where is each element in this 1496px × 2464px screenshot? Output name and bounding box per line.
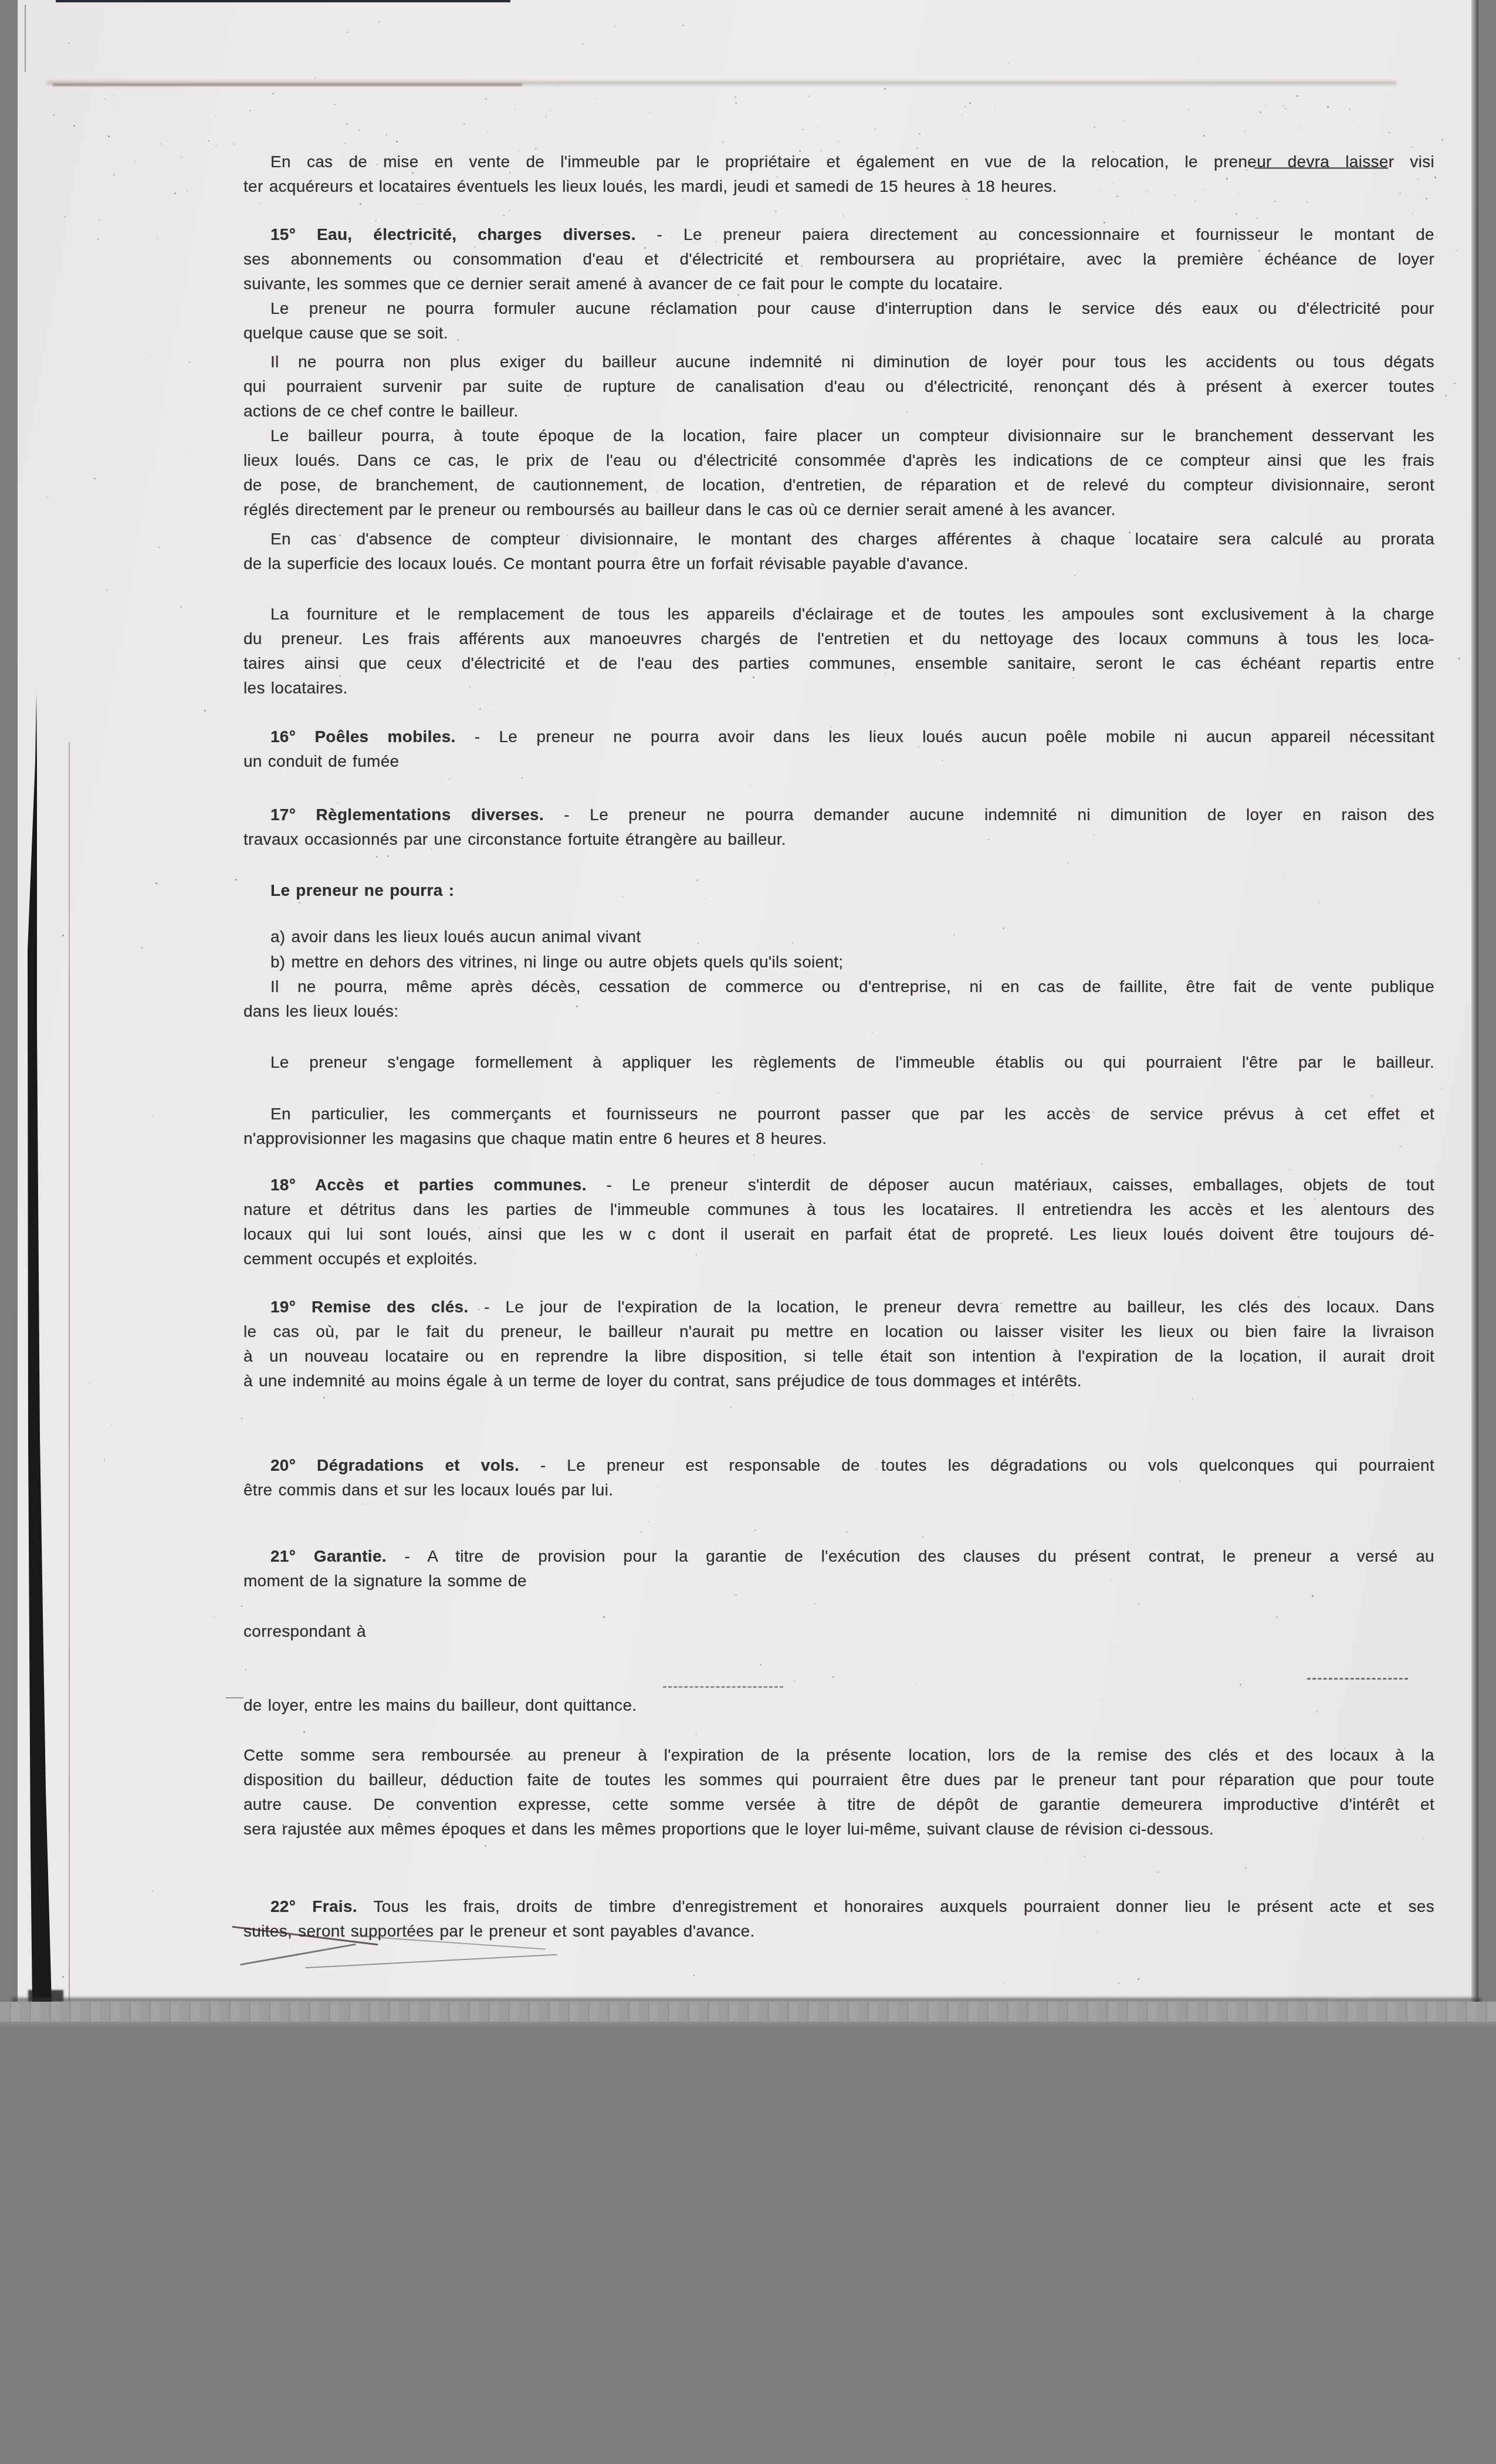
scan-noise-speck	[152, 1890, 153, 1891]
scan-noise-speck	[272, 93, 274, 94]
scan-noise-speck	[669, 1862, 669, 1863]
scan-noise-speck	[622, 1316, 623, 1317]
scan-noise-speck	[419, 1353, 420, 1355]
scan-noise-speck	[515, 38, 516, 38]
scan-noise-speck	[522, 777, 523, 779]
paragraph-clause-22: 22° Frais. Tous les frais, droits de tim…	[243, 1894, 1434, 1944]
paragraph-vente-publique: Il ne pourra, même après décès, cessatio…	[243, 974, 1434, 1024]
scan-noise-speck	[1237, 241, 1239, 242]
scan-noise-speck	[360, 203, 361, 205]
blank-correspondant-a: correspondant à	[243, 1619, 1434, 1644]
scan-noise-speck	[214, 1616, 215, 1617]
scan-noise-speck	[141, 947, 143, 949]
scan-noise-speck	[347, 32, 348, 33]
scan-noise-speck	[689, 229, 691, 231]
scan-noise-speck	[611, 1764, 612, 1765]
scan-noise-speck	[480, 205, 481, 205]
scan-noise-speck	[961, 114, 963, 116]
scan-noise-speck	[89, 1382, 90, 1383]
scan-noise-speck	[179, 235, 180, 236]
scan-noise-speck	[918, 746, 919, 748]
scan-noise-speck	[1138, 1603, 1140, 1605]
scan-noise-speck	[1099, 189, 1100, 190]
scan-noise-speck	[1106, 627, 1107, 627]
scan-noise-speck	[299, 185, 300, 187]
scan-noise-speck	[1454, 383, 1456, 384]
scan-noise-speck	[842, 215, 844, 216]
scan-noise-speck	[377, 164, 378, 165]
scan-noise-speck	[62, 1976, 64, 1978]
scan-noise-speck	[1399, 192, 1401, 194]
scan-noise-speck	[396, 141, 398, 143]
scan-noise-speck	[485, 1845, 486, 1847]
paragraph-compteur-divisionnaire: Le bailleur pourra, à toute époque de la…	[243, 424, 1434, 522]
scan-noise-speck	[603, 1616, 605, 1618]
scan-noise-speck	[108, 136, 110, 137]
scan-noise-speck	[735, 96, 736, 98]
scan-noise-speck	[799, 150, 801, 152]
scan-noise-speck	[65, 216, 66, 218]
scan-noise-speck	[399, 166, 400, 167]
scanner-bed-band	[0, 2002, 1496, 2022]
scan-noise-speck	[1034, 356, 1035, 357]
scan-noise-speck	[314, 77, 316, 79]
scan-noise-speck	[337, 1311, 339, 1312]
scan-noise-speck	[596, 99, 597, 100]
scan-noise-speck	[1204, 189, 1206, 190]
scan-noise-speck	[1126, 217, 1126, 218]
paragraph-intro-relocation: En cas de mise en vente de l'immeuble pa…	[243, 150, 1434, 199]
scan-noise-speck	[802, 129, 803, 130]
scan-noise-speck	[241, 1606, 242, 1607]
scan-noise-speck	[650, 1397, 651, 1397]
scan-noise-speck	[386, 134, 387, 136]
scan-black-streak	[18, 0, 55, 2002]
scan-noise-speck	[68, 42, 70, 44]
scan-noise-speck	[1125, 199, 1126, 199]
scan-noise-speck	[1079, 1067, 1080, 1068]
scan-noise-speck	[987, 243, 988, 245]
paragraph-clause-16: 16° Poêles mobiles. - Le preneur ne pour…	[243, 725, 1434, 774]
scan-noise-speck	[639, 1955, 640, 1955]
scan-noise-speck	[111, 1424, 113, 1426]
scan-noise-speck	[841, 178, 842, 180]
scan-noise-speck	[693, 1975, 695, 1976]
scan-noise-speck	[730, 1406, 732, 1408]
scan-noise-speck	[150, 356, 151, 357]
scan-noise-speck	[376, 480, 378, 482]
scan-noise-speck	[1458, 658, 1460, 659]
scan-noise-speck	[509, 172, 510, 173]
scan-noise-speck	[604, 125, 605, 126]
scan-noise-speck	[344, 1255, 346, 1257]
page-crease-line	[69, 742, 70, 2002]
scan-noise-speck	[1152, 258, 1153, 259]
scan-noise-speck	[929, 1835, 930, 1836]
scan-noise-speck	[1104, 222, 1105, 224]
scan-noise-speck	[952, 439, 953, 441]
scan-noise-speck	[543, 87, 544, 87]
scan-noise-speck	[1327, 106, 1329, 108]
scan-noise-speck	[1003, 1982, 1004, 1984]
scan-noise-speck	[1264, 163, 1265, 164]
scan-noise-speck	[375, 220, 376, 221]
scan-noise-speck	[575, 994, 576, 996]
scan-noise-speck	[794, 1680, 796, 1682]
scan-noise-speck	[449, 779, 450, 780]
scan-noise-speck	[104, 1459, 105, 1460]
scan-noise-speck	[682, 25, 684, 26]
dotted-fill-line-right	[1307, 1678, 1408, 1680]
scan-noise-speck	[591, 213, 592, 214]
scan-noise-speck	[135, 161, 136, 163]
scan-noise-speck	[876, 1468, 877, 1470]
scan-noise-speck	[994, 109, 996, 110]
scan-noise-speck	[1245, 1867, 1247, 1869]
scan-noise-speck	[1426, 198, 1427, 199]
scan-noise-speck	[259, 203, 260, 204]
scan-noise-speck	[1456, 250, 1457, 251]
scan-noise-speck	[1411, 147, 1412, 148]
scan-noise-speck	[725, 143, 725, 143]
scan-horizontal-smudge-dark	[53, 83, 522, 86]
scan-noise-speck	[875, 128, 876, 130]
scan-noise-speck	[1203, 135, 1205, 137]
scan-noise-speck	[735, 102, 737, 104]
scan-noise-speck	[518, 150, 519, 151]
scan-noise-speck	[1008, 63, 1009, 64]
scan-noise-speck	[378, 21, 380, 23]
scan-noise-speck	[31, 1599, 32, 1600]
scan-noise-speck	[505, 1047, 506, 1047]
pen-scribble-mark	[240, 1944, 356, 1966]
scan-noise-speck	[735, 1594, 737, 1596]
scan-noise-speck	[358, 130, 360, 131]
scan-noise-speck	[1185, 1689, 1186, 1690]
scan-noise-speck	[111, 413, 111, 414]
scan-noise-speck	[1228, 237, 1230, 239]
scan-noise-speck	[1254, 1362, 1255, 1364]
scan-noise-speck	[463, 124, 465, 125]
scan-noise-speck	[1084, 1856, 1085, 1857]
scan-noise-speck	[303, 1731, 305, 1733]
scan-noise-speck	[817, 127, 817, 128]
scan-noise-speck	[362, 1504, 363, 1505]
scan-noise-speck	[852, 1552, 854, 1553]
paragraph-absence-compteur: En cas d'absence de compteur divisionnai…	[243, 527, 1434, 576]
scan-noise-speck	[775, 211, 777, 212]
scan-noise-speck	[671, 237, 672, 238]
scan-noise-speck	[40, 1574, 42, 1575]
scan-noise-speck	[753, 1155, 754, 1156]
scan-noise-speck	[696, 1254, 697, 1255]
paragraph-clause-15: 15° Eau, électricité, charges diverses. …	[243, 222, 1434, 296]
scan-noise-speck	[388, 1816, 390, 1817]
scan-noise-speck	[885, 673, 886, 674]
scan-noise-speck	[838, 141, 840, 143]
scan-noise-speck	[753, 676, 754, 678]
blank-de-loyer-quittance: de loyer, entre les mains du bailleur, d…	[243, 1693, 1434, 1718]
list-item-a: a) avoir dans les lieux loués aucun anim…	[243, 925, 1434, 949]
scan-noise-speck	[814, 1603, 815, 1604]
scanner-background: En cas de mise en vente de l'immeuble pa…	[0, 0, 1496, 2464]
scan-noise-speck	[1194, 200, 1196, 201]
scan-noise-speck	[846, 1531, 848, 1533]
scan-noise-speck	[1349, 109, 1351, 110]
scan-noise-speck	[292, 1944, 293, 1945]
scan-noise-speck	[545, 116, 547, 117]
scan-noise-speck	[407, 1385, 409, 1386]
scan-noise-speck	[402, 616, 404, 618]
paragraph-clause-17: 17° Règlementations diverses. - Le prene…	[243, 803, 1434, 852]
scan-noise-speck	[1359, 127, 1360, 128]
scan-noise-speck	[181, 157, 182, 158]
scan-noise-speck	[418, 199, 419, 199]
paragraph-remboursement-depot: Cette somme sera remboursée au preneur à…	[243, 1743, 1434, 1842]
scan-noise-speck	[340, 1774, 341, 1775]
scan-noise-speck	[490, 705, 490, 705]
scan-noise-speck	[1008, 620, 1010, 622]
scan-noise-speck	[719, 1293, 720, 1294]
scan-noise-speck	[915, 1684, 916, 1684]
scan-noise-speck	[1096, 169, 1098, 171]
scan-noise-speck	[1063, 869, 1064, 870]
scan-noise-speck	[683, 198, 685, 200]
scan-noise-speck	[1274, 201, 1275, 202]
heading-preneur-ne-pourra: Le preneur ne pourra :	[243, 878, 1434, 903]
paragraph-clause-20: 20° Dégradations et vols. - Le preneur e…	[243, 1453, 1434, 1502]
scan-noise-speck	[916, 147, 918, 149]
scan-noise-speck	[73, 125, 75, 127]
scan-noise-speck	[48, 903, 49, 904]
scan-noise-speck	[47, 496, 49, 497]
scan-noise-speck	[722, 141, 724, 143]
scan-noise-speck	[618, 170, 619, 171]
scan-noise-speck	[509, 210, 510, 211]
scan-noise-speck	[557, 86, 559, 87]
scan-noise-speck	[516, 561, 517, 562]
scan-noise-speck	[592, 1854, 593, 1855]
scan-noise-speck	[830, 727, 831, 728]
scan-noise-speck	[241, 1418, 242, 1419]
scan-noise-speck	[97, 238, 99, 240]
scan-noise-speck	[988, 839, 989, 840]
scan-noise-speck	[99, 219, 100, 221]
scan-noise-speck	[1297, 95, 1298, 97]
scan-noise-speck	[1276, 1616, 1278, 1618]
scan-noise-speck	[1306, 201, 1308, 203]
scan-noise-speck	[964, 106, 966, 107]
scan-noise-speck	[204, 710, 206, 712]
scan-noise-speck	[275, 160, 277, 162]
scan-noise-speck	[233, 143, 235, 145]
scan-noise-speck	[942, 760, 943, 761]
scan-noise-speck	[1428, 640, 1430, 642]
scan-noise-speck	[478, 1309, 479, 1310]
scan-noise-speck	[1183, 199, 1183, 199]
paragraph-acces-service: En particulier, les commerçants et fourn…	[243, 1102, 1434, 1151]
scan-noise-speck	[1389, 132, 1390, 133]
paragraph-clause-18: 18° Accès et parties communes. - Le pren…	[243, 1173, 1434, 1271]
scan-noise-speck	[872, 1032, 874, 1033]
scan-noise-speck	[1094, 126, 1095, 128]
scan-noise-speck	[395, 781, 395, 781]
scan-noise-speck	[514, 109, 515, 110]
scan-noise-speck	[1146, 191, 1147, 192]
scan-noise-speck	[156, 237, 158, 239]
scan-noise-speck	[1316, 1711, 1318, 1712]
scan-noise-speck	[974, 1960, 975, 1961]
pen-underline-mark	[1254, 167, 1388, 169]
scan-noise-speck	[410, 243, 412, 245]
scan-noise-speck	[118, 110, 119, 111]
scan-noise-speck	[1289, 1169, 1290, 1170]
scan-noise-speck	[641, 1531, 642, 1532]
scan-noise-speck	[418, 203, 419, 204]
scan-noise-speck	[460, 355, 461, 356]
scan-noise-speck	[1115, 633, 1116, 634]
scan-noise-speck	[154, 719, 154, 719]
scan-noise-speck	[1094, 834, 1095, 835]
scan-noise-speck	[276, 234, 277, 235]
scan-noise-speck	[94, 478, 96, 479]
scan-noise-speck	[174, 192, 176, 194]
scan-noise-speck	[249, 110, 251, 111]
scan-noise-speck	[113, 174, 115, 175]
scan-noise-speck	[1152, 1810, 1153, 1812]
scan-corner-line	[25, 5, 26, 72]
scan-noise-speck	[1188, 109, 1189, 110]
scan-noise-speck	[180, 606, 182, 608]
scan-noise-speck	[1257, 218, 1258, 219]
page-right-edge-shadow	[1471, 0, 1478, 2002]
scan-noise-speck	[376, 856, 378, 858]
scanner-band-fade	[0, 2022, 1496, 2028]
scan-noise-speck	[32, 788, 33, 790]
scan-noise-speck	[550, 110, 551, 111]
scan-noise-speck	[1192, 1398, 1193, 1399]
scan-noise-speck	[160, 143, 162, 145]
scan-noise-speck	[922, 1536, 923, 1538]
scan-noise-speck	[607, 304, 608, 306]
paragraph-indemnite-degats: Il ne pourra non plus exiger du bailleur…	[243, 350, 1434, 424]
scan-noise-speck	[754, 1529, 756, 1531]
scan-noise-speck	[717, 1092, 719, 1094]
scan-noise-speck	[1318, 902, 1319, 903]
scanned-page: En cas de mise en vente de l'immeuble pa…	[18, 0, 1478, 2002]
scan-noise-speck	[1197, 59, 1199, 60]
scan-noise-speck	[1123, 120, 1125, 121]
scan-noise-speck	[1138, 1978, 1139, 1980]
scan-noise-speck	[1146, 808, 1148, 810]
scan-noise-speck	[1441, 1088, 1442, 1089]
scan-noise-speck	[1285, 108, 1287, 109]
scan-noise-speck	[752, 315, 754, 317]
scan-noise-speck	[1441, 139, 1443, 141]
scan-noise-speck	[479, 708, 481, 710]
scan-noise-speck	[485, 98, 487, 100]
scan-noise-speck	[1240, 1684, 1241, 1685]
scan-noise-speck	[1445, 395, 1447, 397]
scan-noise-speck	[1300, 127, 1301, 128]
scan-noise-speck	[919, 133, 920, 135]
scan-noise-speck	[1413, 1456, 1414, 1457]
scan-noise-speck	[567, 535, 568, 536]
scan-noise-speck	[346, 123, 348, 125]
scan-noise-speck	[503, 215, 505, 216]
scan-noise-speck	[334, 104, 336, 105]
pen-scribble-mark	[305, 1954, 557, 1969]
scan-noise-speck	[649, 112, 650, 113]
scan-noise-speck	[1258, 250, 1260, 252]
scan-noise-speck	[576, 1006, 578, 1007]
scan-noise-speck	[1132, 213, 1132, 214]
scan-noise-speck	[1066, 111, 1067, 113]
scan-noise-speck	[1284, 872, 1285, 873]
scan-noise-speck	[639, 1927, 641, 1928]
scan-noise-speck	[300, 360, 302, 361]
scan-noise-speck	[239, 948, 239, 949]
scan-noise-speck	[1134, 1733, 1135, 1734]
scan-noise-speck	[633, 233, 634, 234]
scan-noise-speck	[1417, 178, 1419, 180]
scan-noise-speck	[705, 898, 706, 899]
scan-noise-speck	[656, 491, 658, 492]
scan-noise-speck	[648, 1521, 649, 1522]
scan-noise-speck	[1111, 160, 1112, 162]
scan-noise-speck	[1434, 177, 1436, 178]
scan-noise-speck	[1013, 1395, 1014, 1396]
paragraph-clause-21: 21° Garantie. - A titre de provision pou…	[243, 1544, 1434, 1593]
scan-noise-speck	[215, 145, 217, 147]
scan-noise-speck	[622, 896, 624, 898]
scan-noise-speck	[1118, 1982, 1119, 1984]
list-item-b: b) mettre en dehors des vitrines, ni lin…	[243, 950, 1434, 974]
scan-noise-speck	[208, 140, 209, 141]
scan-noise-speck	[771, 1291, 773, 1292]
scan-noise-speck	[1312, 1595, 1314, 1597]
scan-noise-speck	[158, 547, 160, 548]
scan-noise-speck	[679, 658, 680, 659]
scan-noise-speck	[348, 218, 350, 219]
scan-noise-speck	[487, 131, 488, 133]
dotted-fill-line-left	[663, 1686, 783, 1688]
scan-noise-speck	[695, 1734, 697, 1735]
scan-noise-speck	[1244, 131, 1245, 132]
scan-noise-speck	[152, 1115, 154, 1116]
scan-noise-speck	[387, 855, 389, 857]
dotted-fill-tick	[226, 1697, 243, 1698]
scan-noise-speck	[614, 181, 616, 182]
scan-noise-speck	[981, 1163, 983, 1165]
scan-noise-speck	[235, 879, 237, 881]
scan-noise-speck	[615, 26, 616, 27]
scan-noise-speck	[1260, 111, 1261, 113]
scan-noise-speck	[644, 247, 646, 249]
scan-noise-speck	[339, 675, 341, 677]
scan-noise-speck	[902, 166, 904, 168]
scan-noise-speck	[804, 241, 805, 242]
scan-noise-speck	[969, 102, 971, 104]
scan-noise-speck	[379, 184, 380, 185]
scan-noise-speck	[191, 455, 191, 455]
scan-noise-speck	[469, 686, 471, 688]
scan-noise-speck	[821, 150, 822, 151]
scan-noise-speck	[1412, 212, 1413, 214]
scan-noise-speck	[53, 114, 55, 116]
scan-noise-speck	[1129, 532, 1131, 533]
scan-noise-speck	[1157, 1871, 1159, 1873]
